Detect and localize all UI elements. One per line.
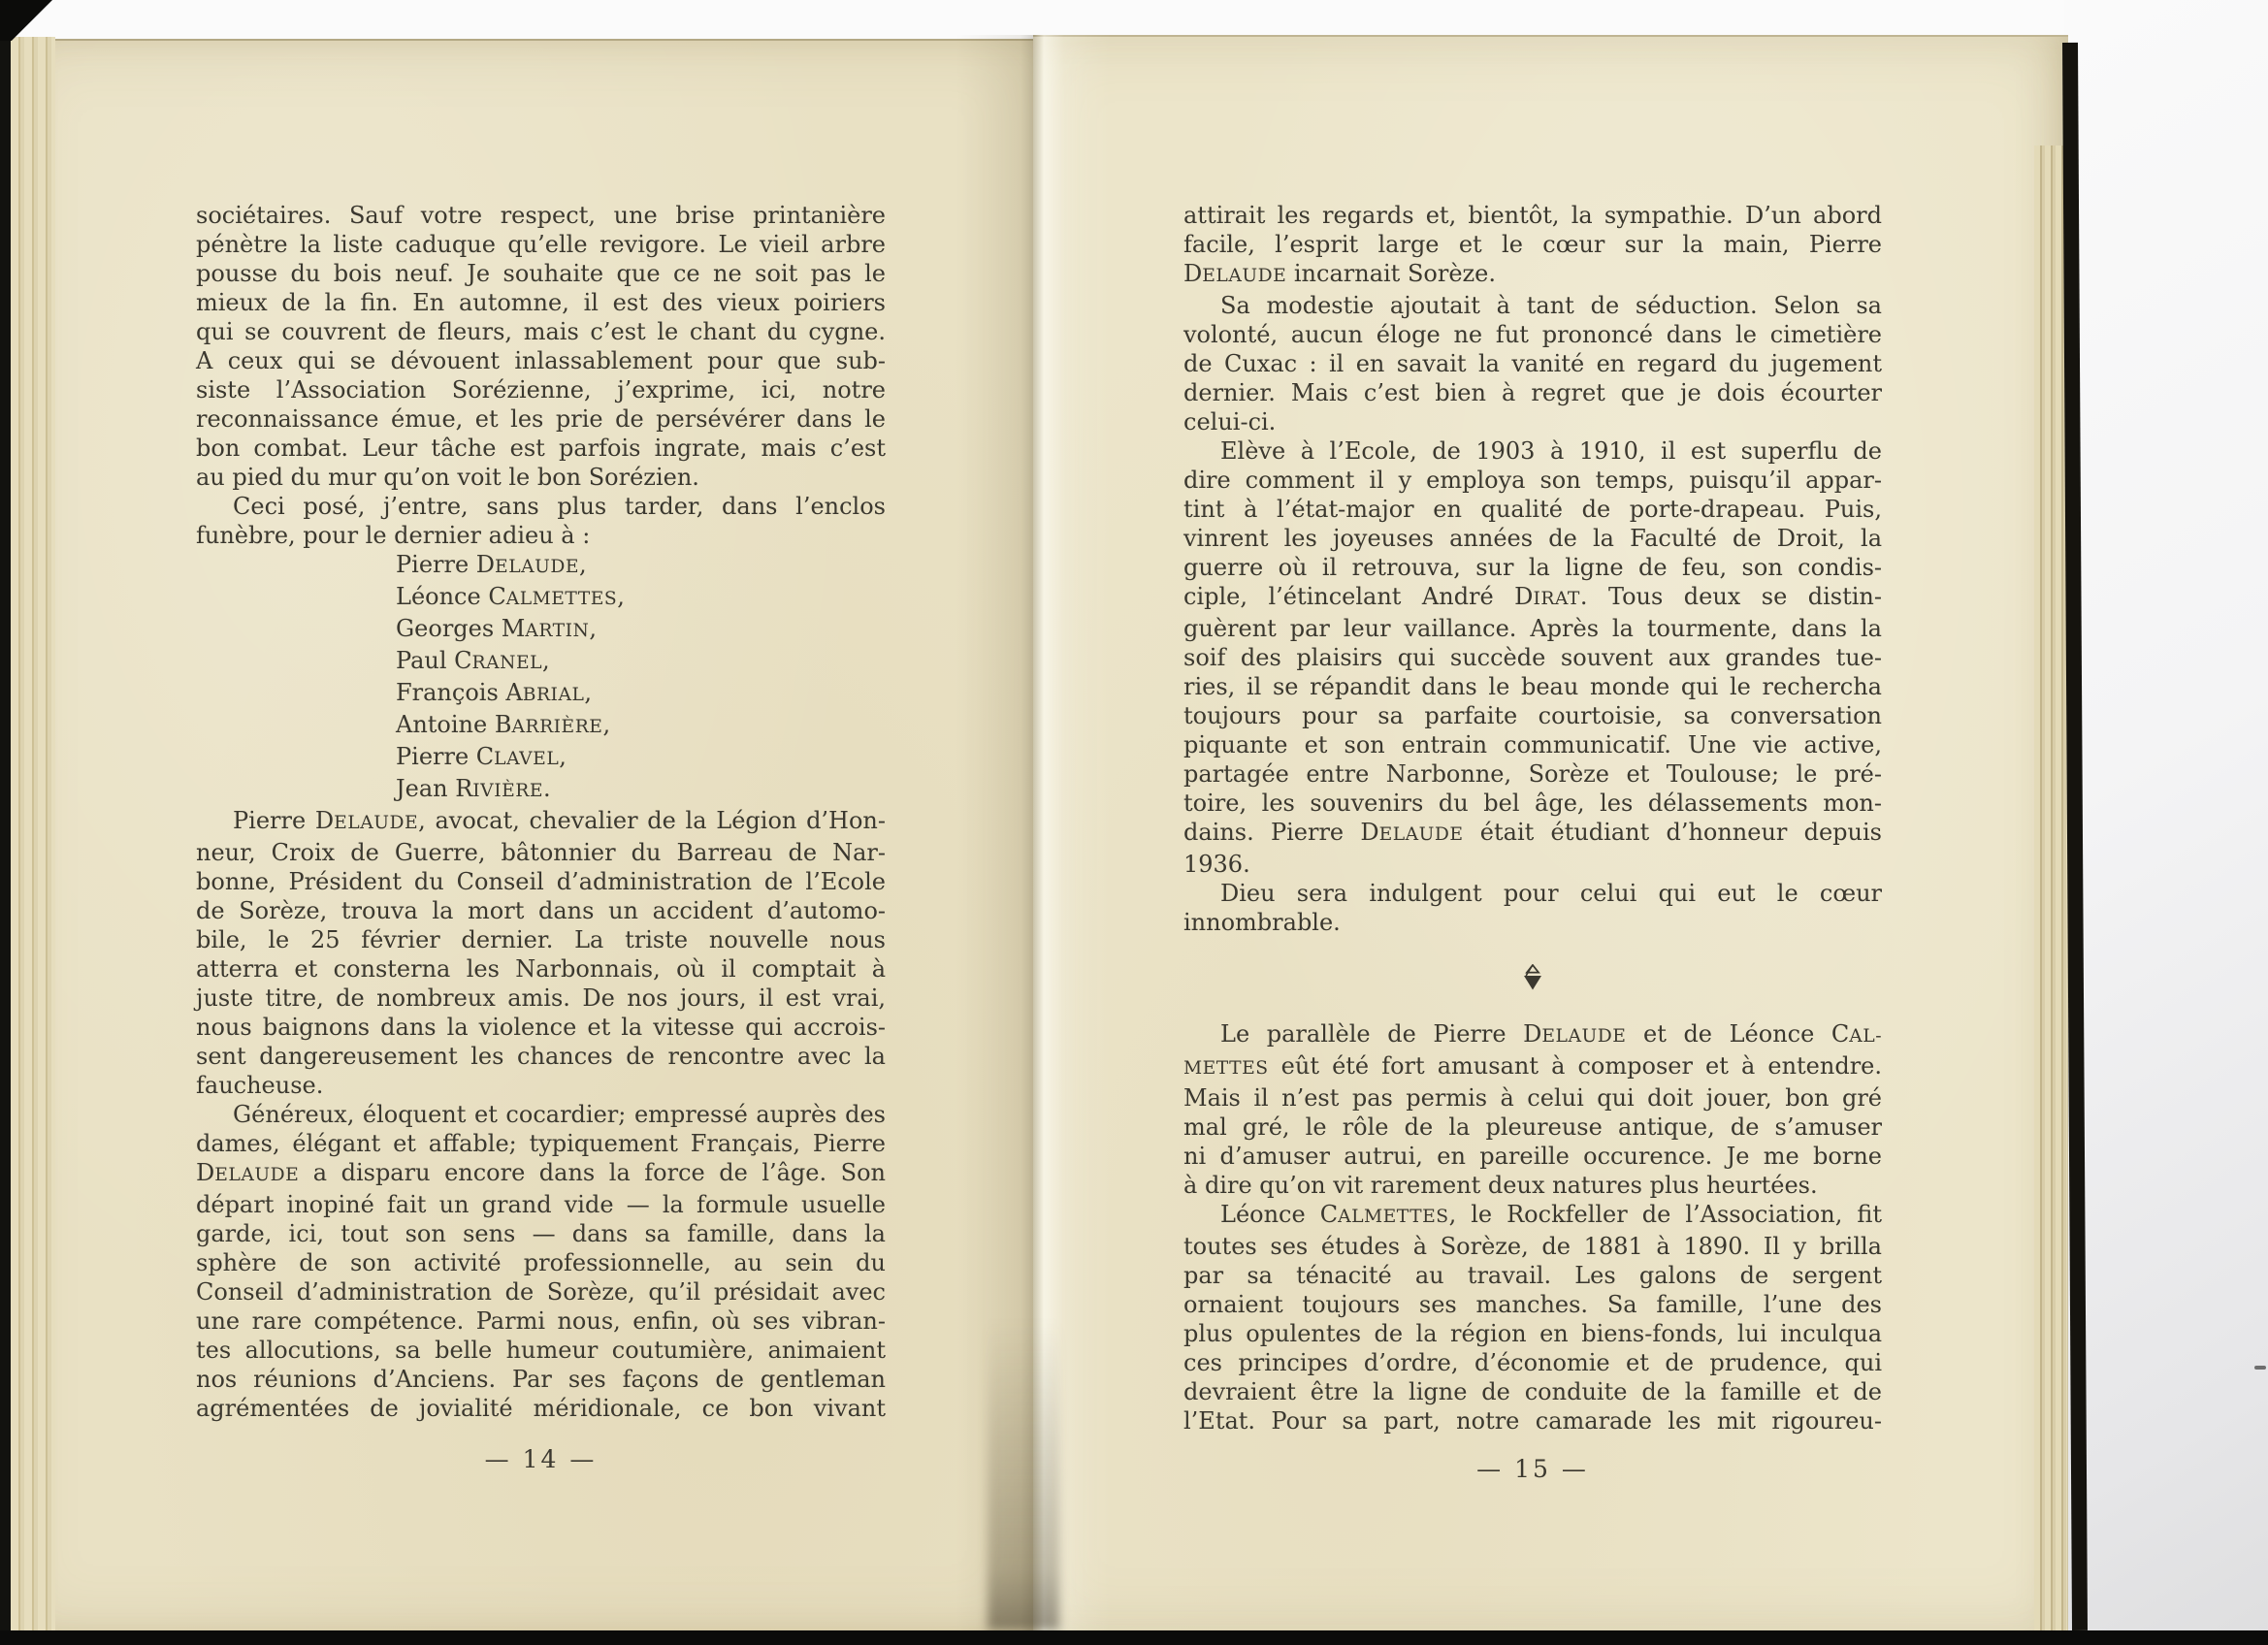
text-line: bon combat. Leur tâche est parfois ingra… [196, 434, 886, 463]
text-line: pousse du bois neuf. Je souhaite que ce … [196, 259, 886, 288]
paragraph: Pierre DELAUDE, avocat, chevalier de la … [196, 806, 886, 1100]
small-caps-name: RANEL [472, 653, 543, 673]
text-line: agrémentées de jovialité méridionale, ce… [196, 1394, 886, 1423]
text-line: Georges MARTIN, [396, 614, 886, 646]
paragraph: Généreux, éloquent et cocardier; empress… [196, 1100, 886, 1423]
text-line: dames, élégant et affable; typiquement F… [196, 1129, 886, 1158]
text-line: Paul CRANEL, [396, 646, 886, 678]
text-line: piquante et son entrain communicatif. Un… [1183, 730, 1882, 759]
small-caps-name: ARTIN [525, 621, 589, 641]
text-line: soif des plaisirs qui succède souvent au… [1183, 643, 1882, 672]
text-line: celui-ci. [1183, 407, 1882, 436]
text-line: au pied du mur qu’on voit le bon Sorézie… [196, 463, 886, 492]
text-line: ciple, l’étincelant André DIRAT. Tous de… [1183, 582, 1882, 614]
text-line: Léonce CALMETTES, [396, 582, 886, 614]
text-line: Antoine BARRIÈRE, [396, 710, 886, 742]
small-caps-name: ELAUDE [1541, 1026, 1626, 1047]
book-cover-edge-bottom [0, 1630, 2268, 1645]
book-cover-corner-topleft [0, 0, 52, 41]
small-caps-name: ALMETTES [1338, 1207, 1449, 1227]
paragraph: Ceci posé, j’entre, sans plus tarder, da… [196, 492, 886, 550]
small-caps-name: LAVEL [494, 749, 559, 769]
text-line: ries, il se répandit dans le beau monde … [1183, 672, 1882, 701]
text-line: devraient être la ligne de conduite de l… [1183, 1377, 1882, 1406]
paragraph: Sa modestie ajoutait à tant de séduction… [1183, 291, 1882, 436]
small-caps-name: BRIAL [523, 685, 585, 705]
text-line: Jean RIVIÈRE. [396, 774, 886, 806]
small-caps-name: ELAUDE [1379, 824, 1464, 845]
text-line: garde, ici, tout son sens — dans sa fami… [196, 1219, 886, 1248]
book-cover-edge-left [0, 25, 11, 1630]
text-line: Pierre CLAVEL, [396, 742, 886, 774]
page-edges-left [11, 37, 55, 1630]
small-caps-name: METTES [1183, 1058, 1269, 1079]
text-line: siste l’Association Sorézienne, j’exprim… [196, 375, 886, 404]
text-line: tint à l’état-major en qualité de porte-… [1183, 495, 1882, 524]
text-line: vinrent les joyeuses années de la Facult… [1183, 524, 1882, 553]
text-line: Ceci posé, j’entre, sans plus tarder, da… [196, 492, 886, 521]
text-line: dernier. Mais c’est bien à regret que je… [1183, 378, 1882, 407]
small-caps-name: IRAT [1533, 589, 1579, 609]
section-divider-ornament [1183, 964, 1882, 990]
page-edges-right [2034, 145, 2067, 1630]
paragraph: Le parallèle de Pierre DELAUDE et de Léo… [1183, 1019, 1882, 1200]
text-line: Pierre DELAUDE, avocat, chevalier de la … [196, 806, 886, 838]
text-line: de Cuxac : il en savait la vanité en reg… [1183, 349, 1882, 378]
text-line: partagée entre Narbonne, Sorèze et Toulo… [1183, 759, 1882, 789]
text-line: dains. Pierre DELAUDE était étudiant d’h… [1183, 818, 1882, 850]
text-line: l’Etat. Pour sa part, notre camarade les… [1183, 1406, 1882, 1435]
text-line: A ceux qui se dévouent inlassablement po… [196, 346, 886, 375]
small-caps-name: ARRIÈRE [511, 717, 602, 737]
paragraph: sociétaires. Sauf votre respect, une bri… [196, 201, 886, 492]
text-line: pénètre la liste caduque qu’elle revigor… [196, 230, 886, 259]
text-line: sent dangereusement les chances de renco… [196, 1042, 886, 1071]
text-line: toire, les souvenirs du bel âge, les dél… [1183, 789, 1882, 818]
text-line: 1936. [1183, 850, 1882, 879]
scan-artifact [2254, 1366, 2266, 1370]
text-line: Généreux, éloquent et cocardier; empress… [196, 1100, 886, 1129]
page-left: sociétaires. Sauf votre respect, une bri… [12, 39, 1033, 1632]
text-line: volonté, aucun éloge ne fut prononcé dan… [1183, 320, 1882, 349]
text-line: une rare compétence. Parmi nous, enfin, … [196, 1306, 886, 1336]
text-line: mal gré, le rôle de la pleureuse antique… [1183, 1113, 1882, 1142]
text-line: départ inopiné fait un grand vide — la f… [196, 1190, 886, 1219]
text-line: bile, le 25 février dernier. La triste n… [196, 925, 886, 954]
text-line: DELAUDE incarnait Sorèze. [1183, 259, 1882, 291]
text-line: à dire qu’on vit rarement deux natures p… [1183, 1171, 1882, 1200]
text-line: Mais il n’est pas permis à celui qui doi… [1183, 1083, 1882, 1113]
text-line: DELAUDE a disparu encore dans la force d… [196, 1158, 886, 1190]
names-list: Pierre DELAUDE,Léonce CALMETTES,Georges … [196, 550, 886, 806]
text-line: reconnaissance émue, et les prie de pers… [196, 404, 886, 434]
text-line: mieux de la fin. En automne, il est des … [196, 288, 886, 317]
text-line: faucheuse. [196, 1071, 886, 1100]
text-line: dire comment il y employa son temps, pui… [1183, 466, 1882, 495]
text-line: ni d’amuser autrui, en pareille occurenc… [1183, 1142, 1882, 1171]
text-line: Léonce CALMETTES, le Rockfeller de l’Ass… [1183, 1200, 1882, 1232]
text-line: François ABRIAL, [396, 678, 886, 710]
page-left-text: sociétaires. Sauf votre respect, une bri… [196, 201, 886, 1423]
text-line: Le parallèle de Pierre DELAUDE et de Léo… [1183, 1019, 1882, 1051]
text-line: neur, Croix de Guerre, bâtonnier du Barr… [196, 838, 886, 867]
text-line: toujours pour sa parfaite courtoisie, sa… [1183, 701, 1882, 730]
text-line: Pierre DELAUDE, [396, 550, 886, 582]
text-line: sociétaires. Sauf votre respect, une bri… [196, 201, 886, 230]
text-line: Dieu sera indulgent pour celui qui eut l… [1183, 879, 1882, 908]
text-line: METTES eût été fort amusant à composer e… [1183, 1051, 1882, 1083]
text-line: bonne, Président du Conseil d’administra… [196, 867, 886, 896]
text-line: toutes ses études à Sorèze, de 1881 à 18… [1183, 1232, 1882, 1261]
text-line: attirait les regards et, bientôt, la sym… [1183, 201, 1882, 230]
page-right-text: attirait les regards et, bientôt, la sym… [1183, 201, 1882, 1435]
book-scan: sociétaires. Sauf votre respect, une bri… [0, 0, 2268, 1645]
text-line: guerre où il retrouva, sur la ligne de f… [1183, 553, 1882, 582]
paragraph: Dieu sera indulgent pour celui qui eut l… [1183, 879, 1882, 937]
small-caps-name: ELAUDE [1202, 266, 1286, 286]
diamond-ornament-icon [1523, 964, 1542, 990]
paragraph: Elève à l’Ecole, de 1903 à 1910, il est … [1183, 436, 1882, 879]
text-line: innombrable. [1183, 908, 1882, 937]
text-line: nous baignons dans la violence et la vit… [196, 1013, 886, 1042]
text-line: guèrent par leur vaillance. Après la tou… [1183, 614, 1882, 643]
small-caps-name: IVIÈRE [472, 781, 543, 801]
text-line: ornaient toujours ses manches. Sa famill… [1183, 1290, 1882, 1319]
paragraph: attirait les regards et, bientôt, la sym… [1183, 201, 1882, 291]
small-caps-name: AL- [1849, 1026, 1882, 1047]
text-line: ces principes d’ordre, d’économie et de … [1183, 1348, 1882, 1377]
text-line: Elève à l’Ecole, de 1903 à 1910, il est … [1183, 436, 1882, 466]
text-line: atterra et consterna les Narbonnais, où … [196, 954, 886, 984]
small-caps-name: ALMETTES [506, 589, 618, 609]
text-line: facile, l’esprit large et le cœur sur la… [1183, 230, 1882, 259]
page-right: attirait les regards et, bientôt, la sym… [1033, 35, 2068, 1632]
text-line: par sa ténacité au travail. Les galons d… [1183, 1261, 1882, 1290]
text-line: qui se couvrent de fleurs, mais c’est le… [196, 317, 886, 346]
text-line: de Sorèze, trouva la mort dans un accide… [196, 896, 886, 925]
small-caps-name: ELAUDE [334, 813, 418, 833]
text-line: sphère de son activité professionnelle, … [196, 1248, 886, 1277]
text-line: Sa modestie ajoutait à tant de séduction… [1183, 291, 1882, 320]
page-right-number: — 15 — [1183, 1455, 1882, 1483]
text-line: funèbre, pour le dernier adieu à : [196, 521, 886, 550]
text-line: nos réunions d’Anciens. Par ses façons d… [196, 1365, 886, 1394]
small-caps-name: ELAUDE [214, 1165, 299, 1185]
small-caps-name: ELAUDE [495, 557, 579, 577]
paragraph: Léonce CALMETTES, le Rockfeller de l’Ass… [1183, 1200, 1882, 1435]
page-left-number: — 14 — [196, 1445, 886, 1473]
scanner-background [2064, 0, 2268, 1645]
text-line: Conseil d’administration de Sorèze, qu’i… [196, 1277, 886, 1306]
text-line: tes allocutions, sa belle humeur coutumi… [196, 1336, 886, 1365]
text-line: juste titre, de nombreux amis. De nos jo… [196, 984, 886, 1013]
text-line: plus opulentes de la région en biens-fon… [1183, 1319, 1882, 1348]
